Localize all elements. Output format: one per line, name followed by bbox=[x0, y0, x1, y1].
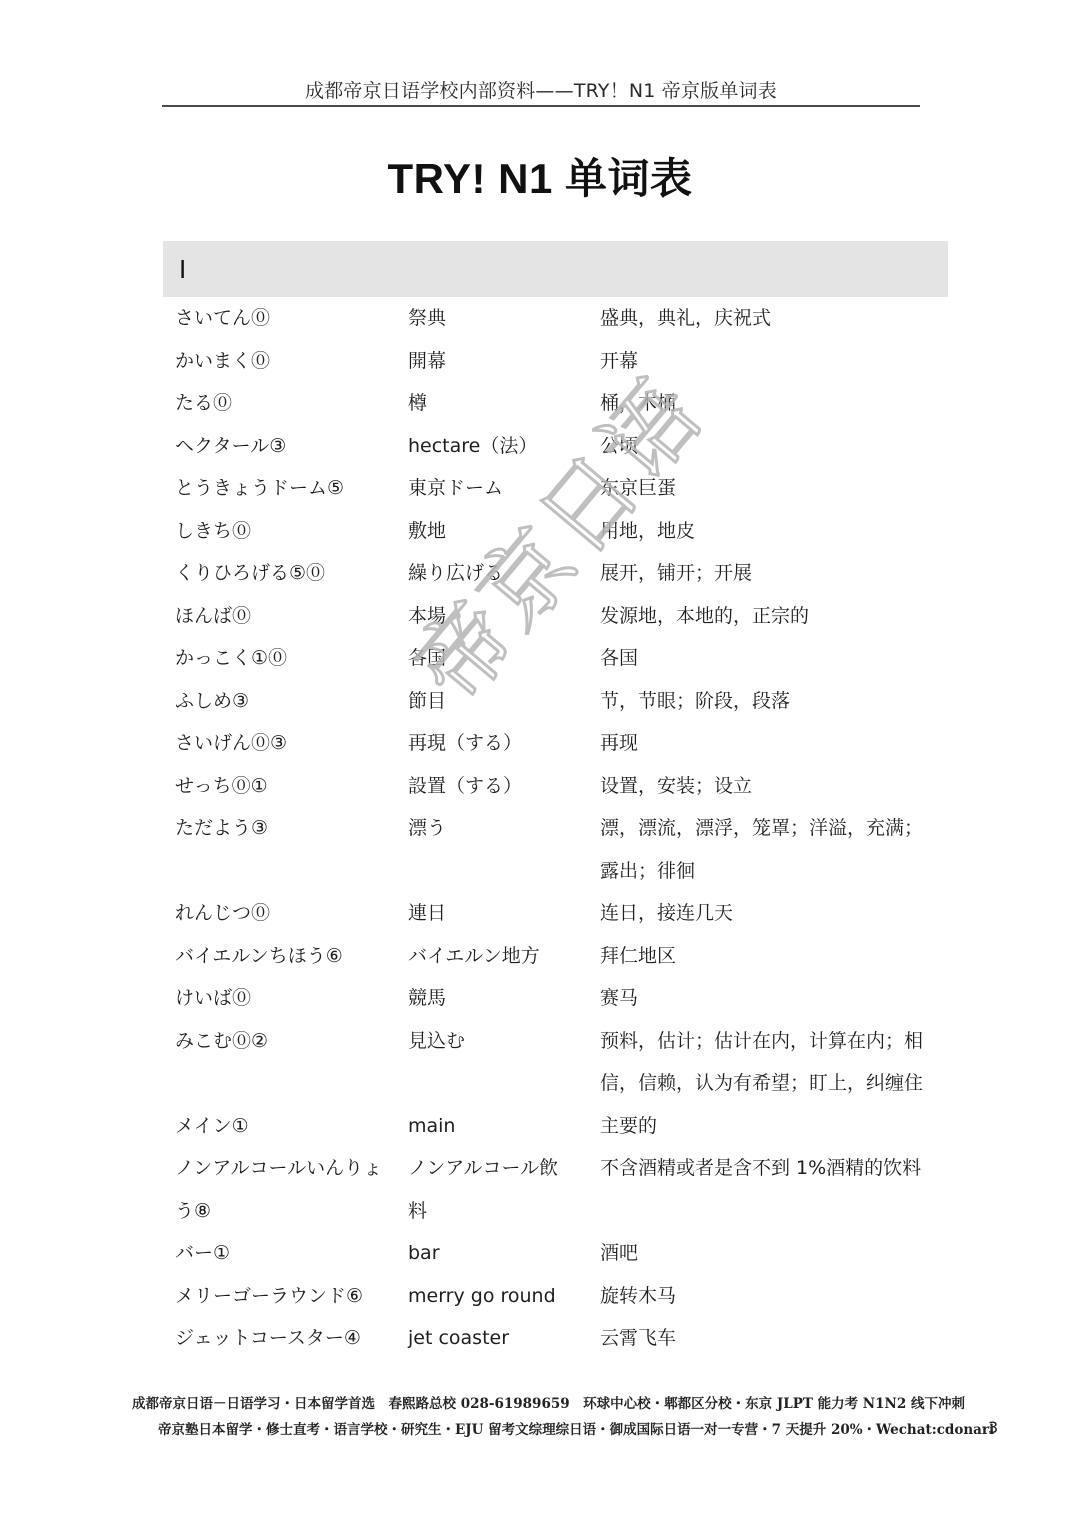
reading-cell: ノンアルコールいんりょ bbox=[163, 1147, 408, 1190]
word-cell: main bbox=[408, 1105, 600, 1148]
section-header: I bbox=[163, 241, 948, 297]
table-row: さいてん⓪祭典盛典，典礼，庆祝式 bbox=[163, 297, 948, 340]
reading-cell: ヘクタール③ bbox=[163, 425, 408, 468]
table-row: ただよう③漂う漂，漂流，漂浮，笼罩；洋溢，充满； bbox=[163, 807, 948, 850]
reading-cell: みこむ⓪② bbox=[163, 1020, 408, 1063]
word-cell: 各国 bbox=[408, 637, 600, 680]
meaning-cell: 不含酒精或者是含不到 1%酒精的饮料 bbox=[600, 1147, 948, 1190]
word-cell: jet coaster bbox=[408, 1317, 600, 1360]
reading-cell: かっこく①⓪ bbox=[163, 637, 408, 680]
reading-cell: バー① bbox=[163, 1232, 408, 1275]
meaning-cell: 桶，木桶 bbox=[600, 382, 948, 425]
reading-cell: しきち⓪ bbox=[163, 510, 408, 553]
table-row: せっち⓪①設置（する）设置，安装；设立 bbox=[163, 765, 948, 808]
reading-cell: ふしめ③ bbox=[163, 680, 408, 723]
table-row: くりひろげる⑤⓪繰り広げる展开，铺开；开展 bbox=[163, 552, 948, 595]
table-row: バイエルンちほう⑥バイエルン地方拜仁地区 bbox=[163, 935, 948, 978]
table-row: かっこく①⓪各国各国 bbox=[163, 637, 948, 680]
table-row: たる⓪樽桶，木桶 bbox=[163, 382, 948, 425]
vocabulary-table: I さいてん⓪祭典盛典，典礼，庆祝式 かいまく⓪開幕开幕 たる⓪樽桶，木桶 ヘク… bbox=[163, 241, 948, 1360]
reading-cell: バイエルンちほう⑥ bbox=[163, 935, 408, 978]
vocabulary-rows: さいてん⓪祭典盛典，典礼，庆祝式 かいまく⓪開幕开幕 たる⓪樽桶，木桶 ヘクター… bbox=[163, 297, 948, 1360]
word-cell: 料 bbox=[408, 1190, 600, 1233]
meaning-cell: 公顷 bbox=[600, 425, 948, 468]
reading-cell: れんじつ⓪ bbox=[163, 892, 408, 935]
table-row: ノンアルコールいんりょノンアルコール飲不含酒精或者是含不到 1%酒精的饮料 bbox=[163, 1147, 948, 1190]
table-row: ジェットコースター④jet coaster云霄飞车 bbox=[163, 1317, 948, 1360]
running-header: 成都帝京日语学校内部资料——TRY！N1 帝京版单词表 bbox=[162, 76, 920, 103]
reading-cell: くりひろげる⑤⓪ bbox=[163, 552, 408, 595]
word-cell: hectare（法） bbox=[408, 425, 600, 468]
meaning-cell: 预料，估计；估计在内，计算在内；相 bbox=[600, 1020, 948, 1063]
reading-cell: たる⓪ bbox=[163, 382, 408, 425]
meaning-cell: 云霄飞车 bbox=[600, 1317, 948, 1360]
reading-cell: ジェットコースター④ bbox=[163, 1317, 408, 1360]
table-row: ほんば⓪本場发源地，本地的，正宗的 bbox=[163, 595, 948, 638]
reading-cell: さいてん⓪ bbox=[163, 297, 408, 340]
word-cell: ノンアルコール飲 bbox=[408, 1147, 600, 1190]
reading-cell: メリーゴーラウンド⑥ bbox=[163, 1275, 408, 1318]
meaning-cell: 再现 bbox=[600, 722, 948, 765]
table-row: みこむ⓪②見込む预料，估计；估计在内，计算在内；相 bbox=[163, 1020, 948, 1063]
meaning-cell: 设置，安装；设立 bbox=[600, 765, 948, 808]
header-rule bbox=[162, 105, 920, 107]
meaning-cell: 盛典，典礼，庆祝式 bbox=[600, 297, 948, 340]
meaning-cell: 露出；徘徊 bbox=[600, 850, 948, 893]
meaning-cell: 漂，漂流，漂浮，笼罩；洋溢，充满； bbox=[600, 807, 948, 850]
reading-cell: かいまく⓪ bbox=[163, 340, 408, 383]
table-row: メイン①main主要的 bbox=[163, 1105, 948, 1148]
word-cell: 敷地 bbox=[408, 510, 600, 553]
word-cell: 祭典 bbox=[408, 297, 600, 340]
document-title: TRY! N1 单词表 bbox=[0, 146, 1080, 206]
meaning-cell: 节，节眼；阶段，段落 bbox=[600, 680, 948, 723]
word-cell: 連日 bbox=[408, 892, 600, 935]
table-row: れんじつ⓪連日连日，接连几天 bbox=[163, 892, 948, 935]
meaning-cell: 连日，接连几天 bbox=[600, 892, 948, 935]
word-cell: 本場 bbox=[408, 595, 600, 638]
word-cell: 開幕 bbox=[408, 340, 600, 383]
meaning-cell: 主要的 bbox=[600, 1105, 948, 1148]
table-row: バー①bar酒吧 bbox=[163, 1232, 948, 1275]
section-label: I bbox=[163, 254, 186, 285]
word-cell: 繰り広げる bbox=[408, 552, 600, 595]
reading-cell: とうきょうドーム⑤ bbox=[163, 467, 408, 510]
word-cell: 再現（する） bbox=[408, 722, 600, 765]
table-row: しきち⓪敷地用地，地皮 bbox=[163, 510, 948, 553]
reading-cell: せっち⓪① bbox=[163, 765, 408, 808]
meaning-cell: 开幕 bbox=[600, 340, 948, 383]
meaning-cell: 拜仁地区 bbox=[600, 935, 948, 978]
word-cell: 見込む bbox=[408, 1020, 600, 1063]
table-row: メリーゴーラウンド⑥merry go round旋转木马 bbox=[163, 1275, 948, 1318]
word-cell: merry go round bbox=[408, 1275, 600, 1318]
reading-cell: ただよう③ bbox=[163, 807, 408, 850]
table-row-continuation: う⑧料 bbox=[163, 1190, 948, 1233]
table-row: けいば⓪競馬赛马 bbox=[163, 977, 948, 1020]
reading-cell: メイン① bbox=[163, 1105, 408, 1148]
word-cell: 節目 bbox=[408, 680, 600, 723]
table-row: ヘクタール③hectare（法）公顷 bbox=[163, 425, 948, 468]
footer-line-1: 成都帝京日语－日语学习・日本留学首选 春熙路总校 028-61989659 环球… bbox=[132, 1392, 1032, 1412]
reading-cell: う⑧ bbox=[163, 1190, 408, 1233]
meaning-cell: 用地，地皮 bbox=[600, 510, 948, 553]
meaning-cell: 东京巨蛋 bbox=[600, 467, 948, 510]
meaning-cell: 发源地，本地的，正宗的 bbox=[600, 595, 948, 638]
meaning-cell: 赛马 bbox=[600, 977, 948, 1020]
word-cell: 漂う bbox=[408, 807, 600, 850]
reading-cell: さいげん⓪③ bbox=[163, 722, 408, 765]
table-row: さいげん⓪③再現（する）再现 bbox=[163, 722, 948, 765]
word-cell: 競馬 bbox=[408, 977, 600, 1020]
table-row: とうきょうドーム⑤東京ドーム东京巨蛋 bbox=[163, 467, 948, 510]
table-row-continuation: 信，信赖，认为有希望；盯上，纠缠住 bbox=[163, 1062, 948, 1105]
page-number: 3 bbox=[988, 1418, 998, 1437]
reading-cell: ほんば⓪ bbox=[163, 595, 408, 638]
word-cell: bar bbox=[408, 1232, 600, 1275]
reading-cell: けいば⓪ bbox=[163, 977, 408, 1020]
table-row-continuation: 露出；徘徊 bbox=[163, 850, 948, 893]
word-cell: 樽 bbox=[408, 382, 600, 425]
word-cell: 設置（する） bbox=[408, 765, 600, 808]
meaning-cell: 信，信赖，认为有希望；盯上，纠缠住 bbox=[600, 1062, 948, 1105]
meaning-cell: 旋转木马 bbox=[600, 1275, 948, 1318]
table-row: かいまく⓪開幕开幕 bbox=[163, 340, 948, 383]
word-cell: 東京ドーム bbox=[408, 467, 600, 510]
word-cell: バイエルン地方 bbox=[408, 935, 600, 978]
meaning-cell: 展开，铺开；开展 bbox=[600, 552, 948, 595]
meaning-cell: 各国 bbox=[600, 637, 948, 680]
table-row: ふしめ③節目节，节眼；阶段，段落 bbox=[163, 680, 948, 723]
footer-line-2: 帝京塾日本留学・修士直考・语言学校・研究生・EJU 留考文综理综日语・御成国际日… bbox=[158, 1418, 1038, 1438]
meaning-cell: 酒吧 bbox=[600, 1232, 948, 1275]
